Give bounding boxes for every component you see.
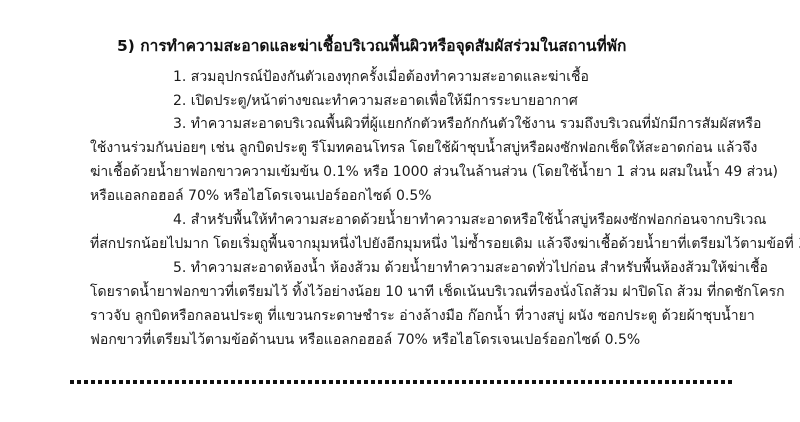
- document-page: 5) การทำความสะอาดและฆ่าเชื้อบริเวณพื้นผิ…: [0, 0, 800, 422]
- list-item-3-line-3: ฆ่าเชื้อด้วยน้ำยาฟอกขาวความเข้มข้น 0.1% …: [90, 161, 778, 184]
- list-item-1-line-1: 1. สวมอุปกรณ์ป้องกันตัวเองทุกครั้งเมื่อต…: [173, 66, 589, 89]
- list-item-3-line-2: ใช้งานร่วมกันบ่อยๆ เช่น ลูกบิดประตู รีโม…: [90, 137, 757, 160]
- list-item-5-line-3: ราวจับ ลูกบิดหรือกลอนประตู ที่แขวนกระดาษ…: [90, 305, 755, 328]
- list-item-2-line-1: 2. เปิดประตู/หน้าต่างขณะทำความสะอาดเพื่อ…: [173, 90, 578, 113]
- list-item-4-line-1: 4. สำหรับพื้นให้ทำความสะอาดด้วยน้ำยาทำคว…: [173, 209, 766, 232]
- section-heading: 5) การทำความสะอาดและฆ่าเชื้อบริเวณพื้นผิ…: [117, 33, 626, 58]
- list-item-3-line-4: หรือแอลกอฮอล์ 70% หรือไฮโดรเจนเปอร์ออกไซ…: [90, 185, 432, 208]
- list-item-3-line-1: 3. ทำความสะอาดบริเวณพื้นผิวที่ผู้แยกกักต…: [173, 113, 761, 136]
- list-item-5-line-4: ฟอกขาวที่เตรียมไว้ตามข้อด้านบน หรือแอลกอ…: [90, 329, 640, 352]
- list-item-5-line-1: 5. ทำความสะอาดห้องน้ำ ห้องส้วม ด้วยน้ำยา…: [173, 257, 768, 280]
- list-item-5-line-2: โดยราดน้ำยาฟอกขาวที่เตรียมไว้ ทิ้งไว้อย่…: [90, 281, 785, 304]
- list-item-4-line-2: ที่สกปรกน้อยไปมาก โดยเริ่มถูพื้นจากมุมหน…: [90, 233, 800, 256]
- dotted-divider: [70, 380, 732, 384]
